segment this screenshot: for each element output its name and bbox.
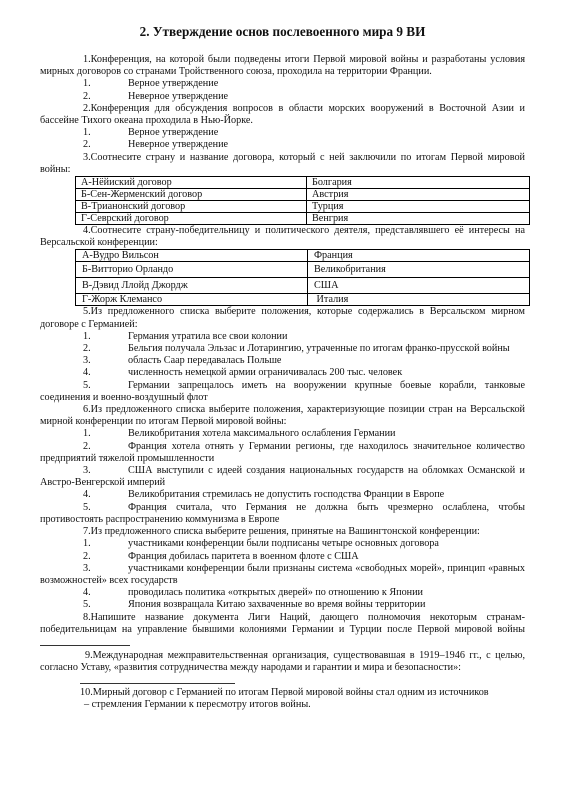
option-label: Верное утверждение [128, 127, 218, 138]
answer-blank-8[interactable] [40, 636, 130, 646]
table-cell: Австрия [307, 189, 530, 201]
option-label: область Саар передавалась Польше [128, 355, 281, 366]
question-2: 2.Конференция для обсуждения вопросов в … [40, 103, 525, 127]
option-label: Великобритания хотела максимального осла… [128, 428, 396, 439]
treaty-country-table: А-Нёйиский договорБолгария Б-Сен-Жерменс… [75, 176, 530, 225]
table-cell: Болгария [307, 177, 530, 189]
option-label: Япония возвращала Китаю захваченные во в… [128, 599, 425, 610]
table-row: А-Нёйиский договорБолгария [76, 177, 530, 189]
option: 3.область Саар передавалась Польше [40, 355, 525, 367]
leader-country-table: А-Вудро ВильсонФранция Б-Витторио Орланд… [75, 249, 530, 306]
option: 2.Франция добилась паритета в военном фл… [40, 551, 525, 563]
option: 4.численность немецкой армии ограничивал… [40, 367, 525, 379]
option-number: 5. [83, 502, 128, 514]
table-cell: Турция [307, 201, 530, 213]
worksheet-page: 2. Утверждение основ послевоенного мира … [40, 24, 525, 711]
question-9: 9.Международная межправительственная орг… [40, 650, 525, 674]
question-8-text: 8.Напишите название документа Лиги Наций… [40, 612, 525, 635]
question-10: 10.Мирный договор с Германией по итогам … [40, 687, 525, 699]
option-number: 2. [83, 441, 128, 453]
table-cell: Италия [308, 294, 530, 306]
option-label: численность немецкой армии ограничивалас… [128, 367, 402, 378]
option-number: 5. [83, 599, 128, 611]
question-10-continuation: – стремления Германии к пересмотру итого… [40, 699, 525, 711]
option: 2.Неверное утверждение [40, 139, 525, 151]
answer-line-9 [40, 675, 525, 687]
table-cell: Б-Сен-Жерменский договор [76, 189, 307, 201]
option: 4.проводилась политика «открытых дверей»… [40, 587, 525, 599]
option-label: Германия утратила все свои колонии [128, 331, 287, 342]
question-6: 6.Из предложенного списка выберите полож… [40, 404, 525, 428]
option-number: 1. [83, 331, 128, 343]
option: 3.участниками конференции были признаны … [40, 563, 525, 587]
option-number: 1. [83, 78, 128, 90]
question-4: 4.Соотнесите страну-победительницу и пол… [40, 225, 525, 249]
question-5: 5.Из предложенного списка выберите полож… [40, 306, 525, 330]
option: 3.США выступили с идеей создания национа… [40, 465, 525, 489]
option-label: Неверное утверждение [128, 91, 228, 102]
table-row: А-Вудро ВильсонФранция [76, 250, 530, 262]
table-cell: Г-Жорж Клемансо [76, 294, 308, 306]
page-title: 2. Утверждение основ послевоенного мира … [40, 24, 525, 40]
option: 2.Франция хотела отнять у Германии регио… [40, 441, 525, 465]
option-label: Неверное утверждение [128, 139, 228, 150]
option: 5.Франция считала, что Германия не должн… [40, 502, 525, 526]
table-cell: Великобритания [308, 262, 530, 278]
option-label: Великобритания стремилась не допустить г… [128, 489, 444, 500]
option: 1.Великобритания хотела максимального ос… [40, 428, 525, 440]
option-label: участниками конференции были подписаны ч… [128, 538, 439, 549]
option-number: 2. [83, 139, 128, 151]
option-label: проводилась политика «открытых дверей» п… [128, 587, 423, 598]
table-row: Г-Жорж Клемансо Италия [76, 294, 530, 306]
table-cell: Г-Севрский договор [76, 213, 307, 225]
option-label: Бельгия получала Эльзас и Лотарингию, ут… [128, 343, 510, 354]
table-cell: Франция [308, 250, 530, 262]
table-cell: Б-Витторио Орландо [76, 262, 308, 278]
question-7: 7.Из предложенного списка выберите решен… [40, 526, 525, 538]
option-number: 4. [83, 367, 128, 379]
table-cell: США [308, 278, 530, 294]
table-cell: Венгрия [307, 213, 530, 225]
option: 2.Бельгия получала Эльзас и Лотарингию, … [40, 343, 525, 355]
option: 1.участниками конференции были подписаны… [40, 538, 525, 550]
table-row: Г-Севрский договорВенгрия [76, 213, 530, 225]
option: 1.Германия утратила все свои колонии [40, 331, 525, 343]
option-number: 3. [83, 355, 128, 367]
option-number: 2. [83, 91, 128, 103]
option: 2.Неверное утверждение [40, 91, 525, 103]
option-number: 3. [83, 465, 128, 477]
option-number: 1. [83, 127, 128, 139]
table-row: Б-Сен-Жерменский договорАвстрия [76, 189, 530, 201]
option: 5.Германии запрещалось иметь на вооружен… [40, 380, 525, 404]
option-number: 1. [83, 428, 128, 440]
question-8: 8.Напишите название документа Лиги Наций… [40, 612, 525, 651]
option-label: Франция добилась паритета в военном флот… [128, 551, 359, 562]
question-3: 3.Соотнесите страну и название договора,… [40, 152, 525, 176]
table-cell: А-Вудро Вильсон [76, 250, 308, 262]
option: 1.Верное утверждение [40, 127, 525, 139]
table-cell: В-Дэвид Ллойд Джордж [76, 278, 308, 294]
option: 1.Верное утверждение [40, 78, 525, 90]
option-label: Верное утверждение [128, 78, 218, 89]
question-1: 1.Конференция, на которой были подведены… [40, 54, 525, 78]
table-row: В-Дэвид Ллойд ДжорджСША [76, 278, 530, 294]
option-number: 4. [83, 587, 128, 599]
option-number: 2. [83, 343, 128, 355]
option-number: 4. [83, 489, 128, 501]
table-cell: А-Нёйиский договор [76, 177, 307, 189]
table-row: Б-Витторио ОрландоВеликобритания [76, 262, 530, 278]
option-number: 2. [83, 551, 128, 563]
table-row: В-Трианонский договорТурция [76, 201, 530, 213]
answer-blank-9[interactable] [80, 675, 235, 684]
option: 5.Япония возвращала Китаю захваченные во… [40, 599, 525, 611]
option-number: 1. [83, 538, 128, 550]
table-cell: В-Трианонский договор [76, 201, 307, 213]
option-number: 5. [83, 380, 128, 392]
option-number: 3. [83, 563, 128, 575]
option: 4.Великобритания стремилась не допустить… [40, 489, 525, 501]
